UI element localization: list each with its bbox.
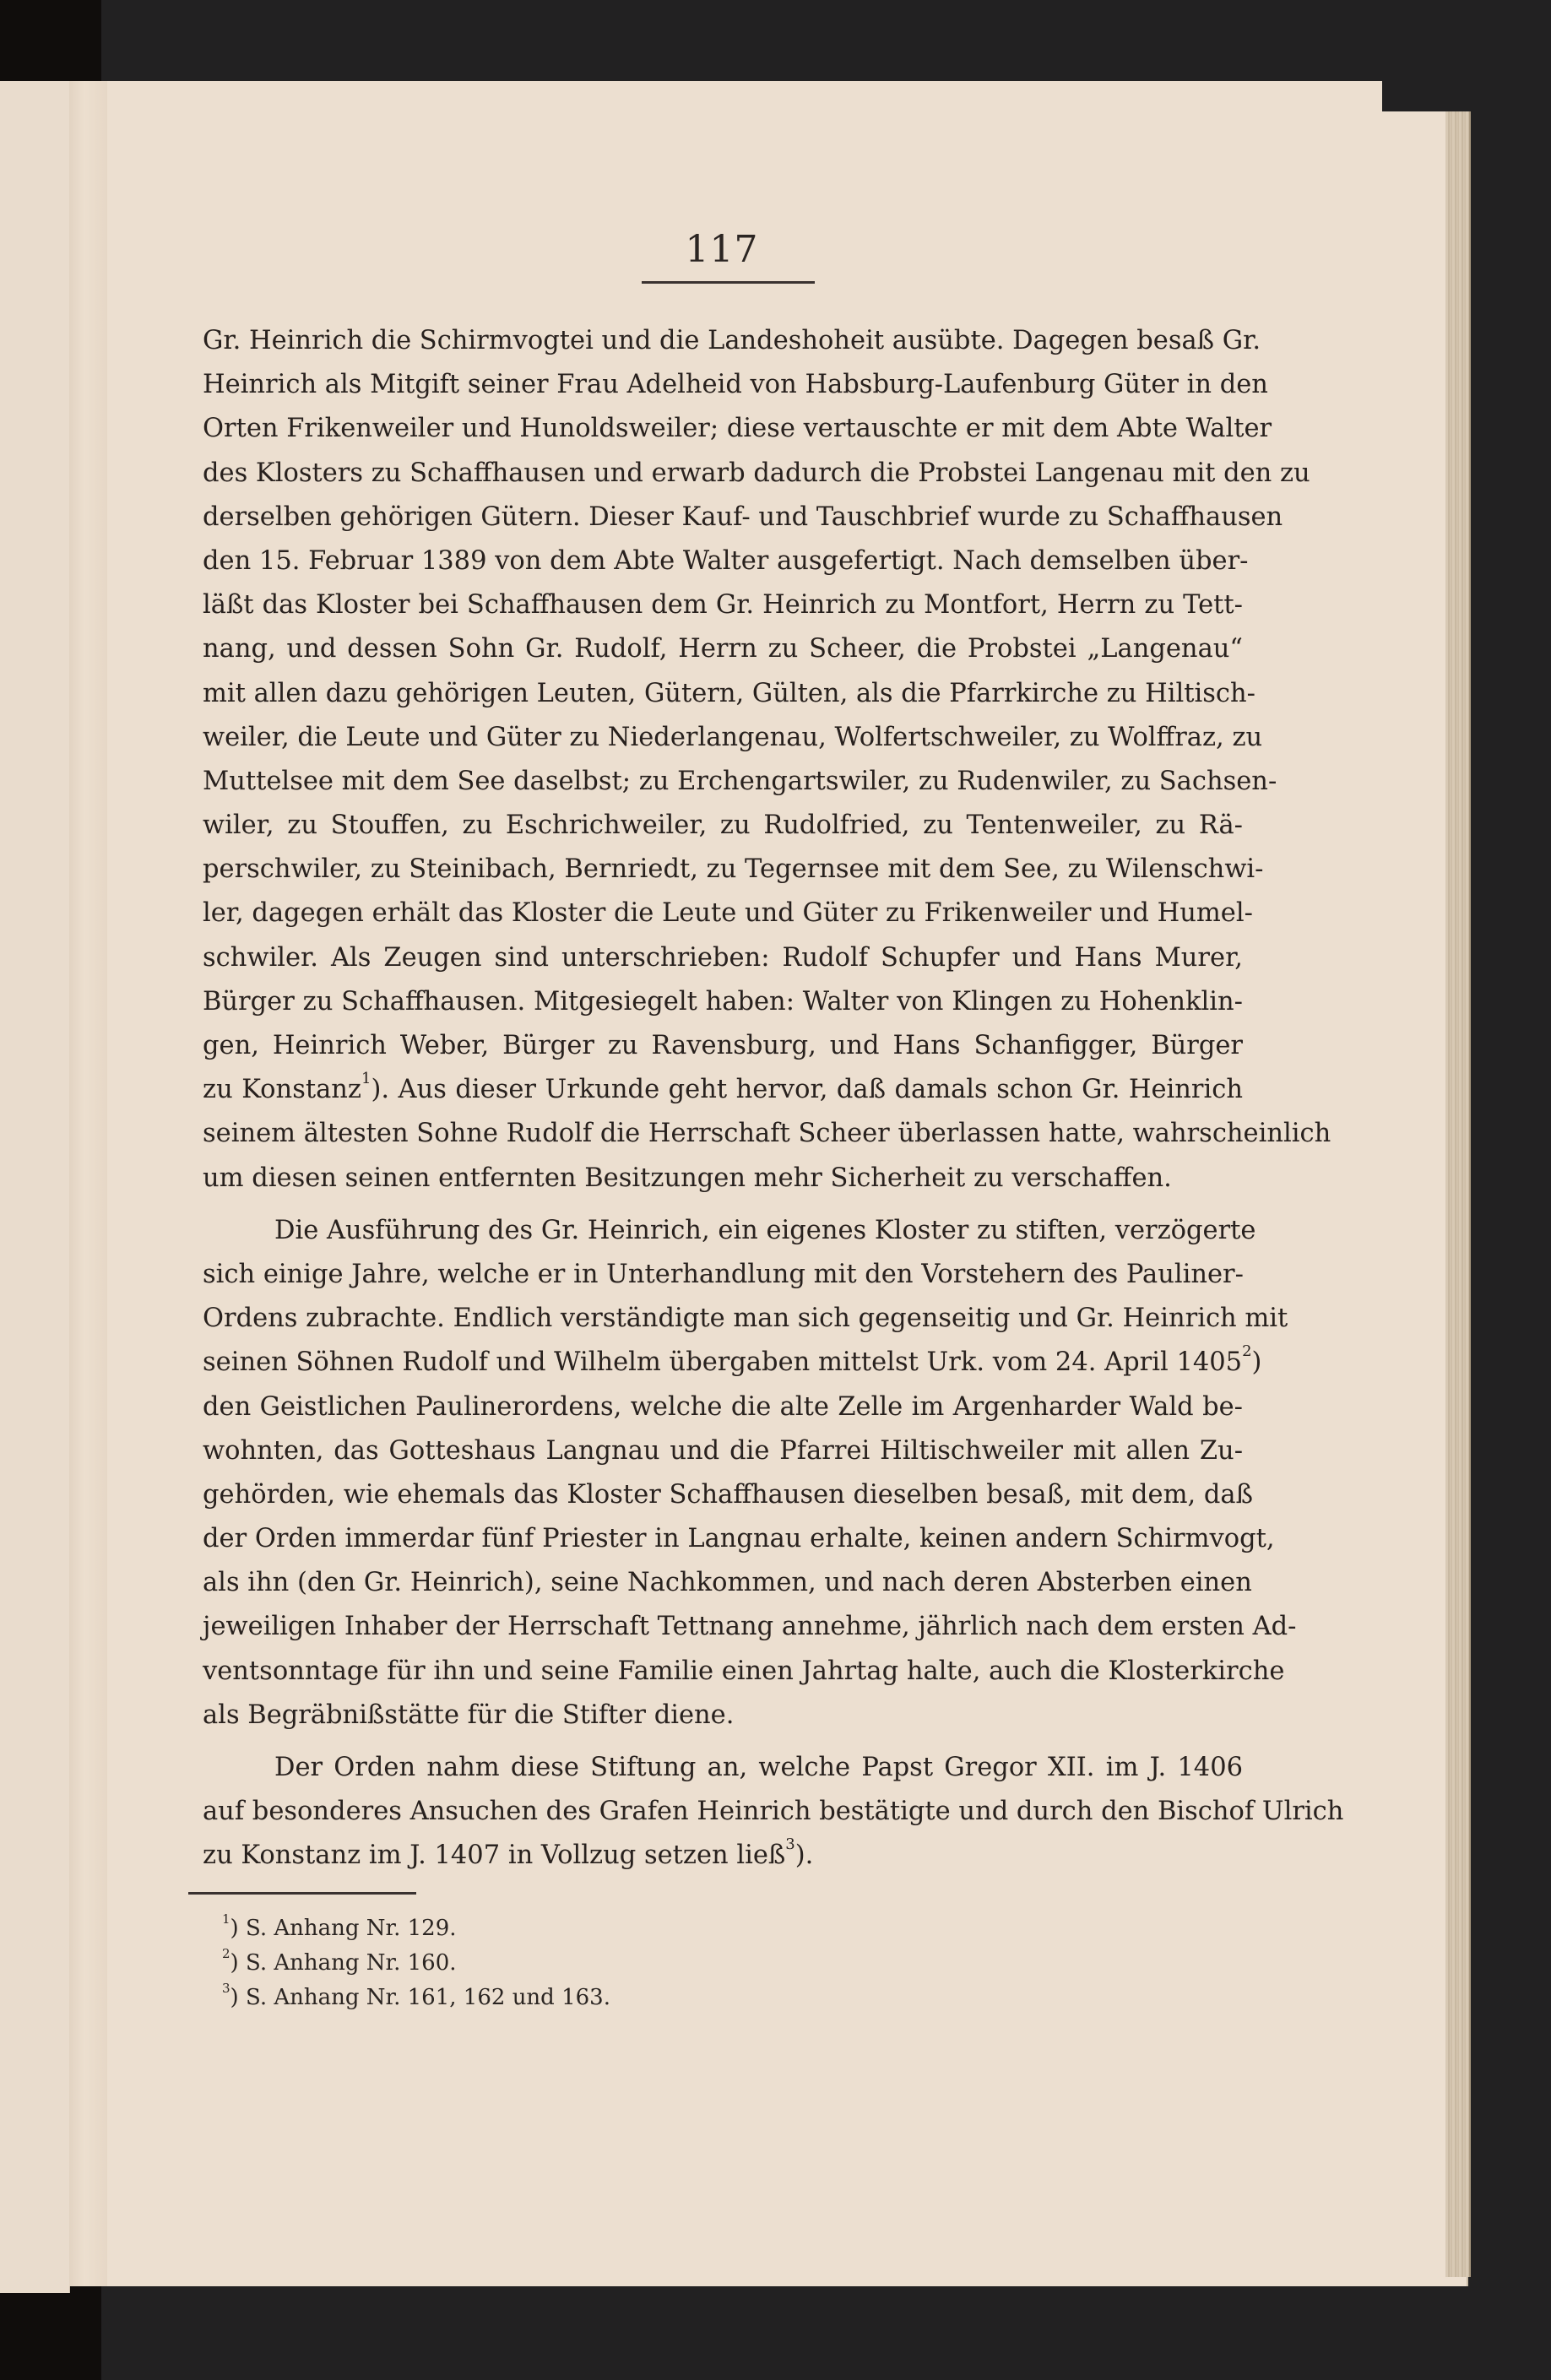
text-line: weiler, die Leute und Güter zu Niederlan… [203, 716, 1243, 760]
text-line: um diesen seinen entfernten Besitzungen … [203, 1157, 1243, 1201]
text-fragment: ). [795, 1841, 814, 1870]
footnote-mark: 3 [222, 1981, 230, 1996]
text-line: auf besonderes Ansuchen des Grafen Heinr… [203, 1790, 1243, 1834]
text-line: Ordens zubrachte. Endlich verständigte m… [203, 1297, 1243, 1341]
paragraph-1: Gr. Heinrich die Schirmvogtei und die La… [203, 319, 1243, 1201]
text-line: Muttelsee mit dem See daselbst; zu Erche… [203, 760, 1243, 804]
text-line: gehörden, wie ehemals das Kloster Schaff… [203, 1473, 1243, 1517]
text-line: der Orden immerdar fünf Priester in Lang… [203, 1517, 1243, 1561]
text-line: Der Orden nahm diese Stiftung an, welche… [203, 1746, 1243, 1790]
text-line: mit allen dazu gehörigen Leuten, Gütern,… [203, 672, 1243, 716]
footnote-3: 3) S. Anhang Nr. 161, 162 und 163. [222, 1981, 610, 2015]
text-line: Bürger zu Schaffhausen. Mitgesiegelt hab… [203, 980, 1243, 1024]
text-line: wiler, zu Stouffen, zu Eschrichweiler, z… [203, 804, 1243, 848]
text-line: nang, und dessen Sohn Gr. Rudolf, Herrn … [203, 627, 1243, 671]
text-line: ventsonntage für ihn und seine Familie e… [203, 1650, 1243, 1694]
footnotes: 1) S. Anhang Nr. 129. 2) S. Anhang Nr. 1… [222, 1911, 610, 2015]
text-line: den 15. Februar 1389 von dem Abte Walter… [203, 539, 1243, 583]
text-line: den Geistlichen Paulinerordens, welche d… [203, 1385, 1243, 1429]
footnote-text: ) S. Anhang Nr. 160. [230, 1950, 457, 1976]
text-line: sich einige Jahre, welche er in Unterhan… [203, 1253, 1243, 1297]
text-line: Heinrich als Mitgift seiner Frau Adelhei… [203, 363, 1243, 407]
text-line: seinen Söhnen Rudolf und Wilhelm übergab… [203, 1341, 1243, 1385]
text-line: seinem ältesten Sohne Rudolf die Herrsch… [203, 1112, 1243, 1156]
text-line: als Begräbnißstätte für die Stifter dien… [203, 1694, 1243, 1738]
footnote-mark: 2 [222, 1946, 230, 1961]
page-number-rule [642, 281, 815, 284]
text-line: ler, dagegen erhält das Kloster die Leut… [203, 892, 1243, 935]
footnote-ref-3[interactable]: 3 [785, 1835, 794, 1853]
page-number: 117 [675, 228, 768, 271]
text-fragment: zu Konstanz im J. 1407 in Vollzug setzen… [203, 1841, 785, 1870]
text-line: Gr. Heinrich die Schirmvogtei und die La… [203, 319, 1243, 363]
paragraph-gap [203, 1201, 1243, 1209]
book-gutter [69, 81, 107, 2286]
footnote-text: ) S. Anhang Nr. 161, 162 und 163. [230, 1985, 610, 2010]
facing-page-edge [0, 81, 70, 2293]
footnote-text: ) S. Anhang Nr. 129. [230, 1916, 457, 1941]
footnote-separator [188, 1892, 416, 1895]
text-fragment: zu Konstanz [203, 1075, 361, 1104]
text-line: des Klosters zu Schaffhausen und erwarb … [203, 452, 1243, 496]
text-line: Die Ausführung des Gr. Heinrich, ein eig… [203, 1209, 1243, 1253]
paragraph-2: Die Ausführung des Gr. Heinrich, ein eig… [203, 1209, 1243, 1738]
paragraph-3: Der Orden nahm diese Stiftung an, welche… [203, 1746, 1243, 1879]
text-line: zu Konstanz1). Aus dieser Urkunde geht h… [203, 1068, 1243, 1112]
footnote-ref-1[interactable]: 1 [361, 1070, 371, 1087]
text-line: gen, Heinrich Weber, Bürger zu Ravensbur… [203, 1024, 1243, 1068]
text-fragment: ) [1252, 1347, 1262, 1377]
text-line: als ihn (den Gr. Heinrich), seine Nachko… [203, 1561, 1243, 1605]
text-line: jeweiligen Inhaber der Herrschaft Tettna… [203, 1605, 1243, 1649]
paragraph-gap [203, 1738, 1243, 1746]
text-line: Orten Frikenweiler und Hunoldsweiler; di… [203, 407, 1243, 451]
page-fore-edge [1445, 111, 1471, 2277]
footnote-ref-2[interactable]: 2 [1242, 1342, 1251, 1360]
text-line: läßt das Kloster bei Schaffhausen dem Gr… [203, 583, 1243, 627]
text-line: perschwiler, zu Steinibach, Bernriedt, z… [203, 848, 1243, 892]
page-corner-notch [1382, 81, 1468, 111]
body-text: Gr. Heinrich die Schirmvogtei und die La… [203, 319, 1243, 1879]
text-line: schwiler. Als Zeugen sind unterschrieben… [203, 936, 1243, 980]
footnote-mark: 1 [222, 1911, 230, 1927]
text-line: zu Konstanz im J. 1407 in Vollzug setzen… [203, 1834, 1243, 1878]
text-fragment: seinen Söhnen Rudolf und Wilhelm übergab… [203, 1347, 1242, 1377]
footnote-1: 1) S. Anhang Nr. 129. [222, 1911, 610, 1946]
text-fragment: ). Aus dieser Urkunde geht hervor, daß d… [371, 1075, 1243, 1104]
text-line: wohnten, das Gotteshaus Langnau und die … [203, 1429, 1243, 1473]
footnote-2: 2) S. Anhang Nr. 160. [222, 1946, 610, 1981]
text-line: derselben gehörigen Gütern. Dieser Kauf-… [203, 496, 1243, 539]
